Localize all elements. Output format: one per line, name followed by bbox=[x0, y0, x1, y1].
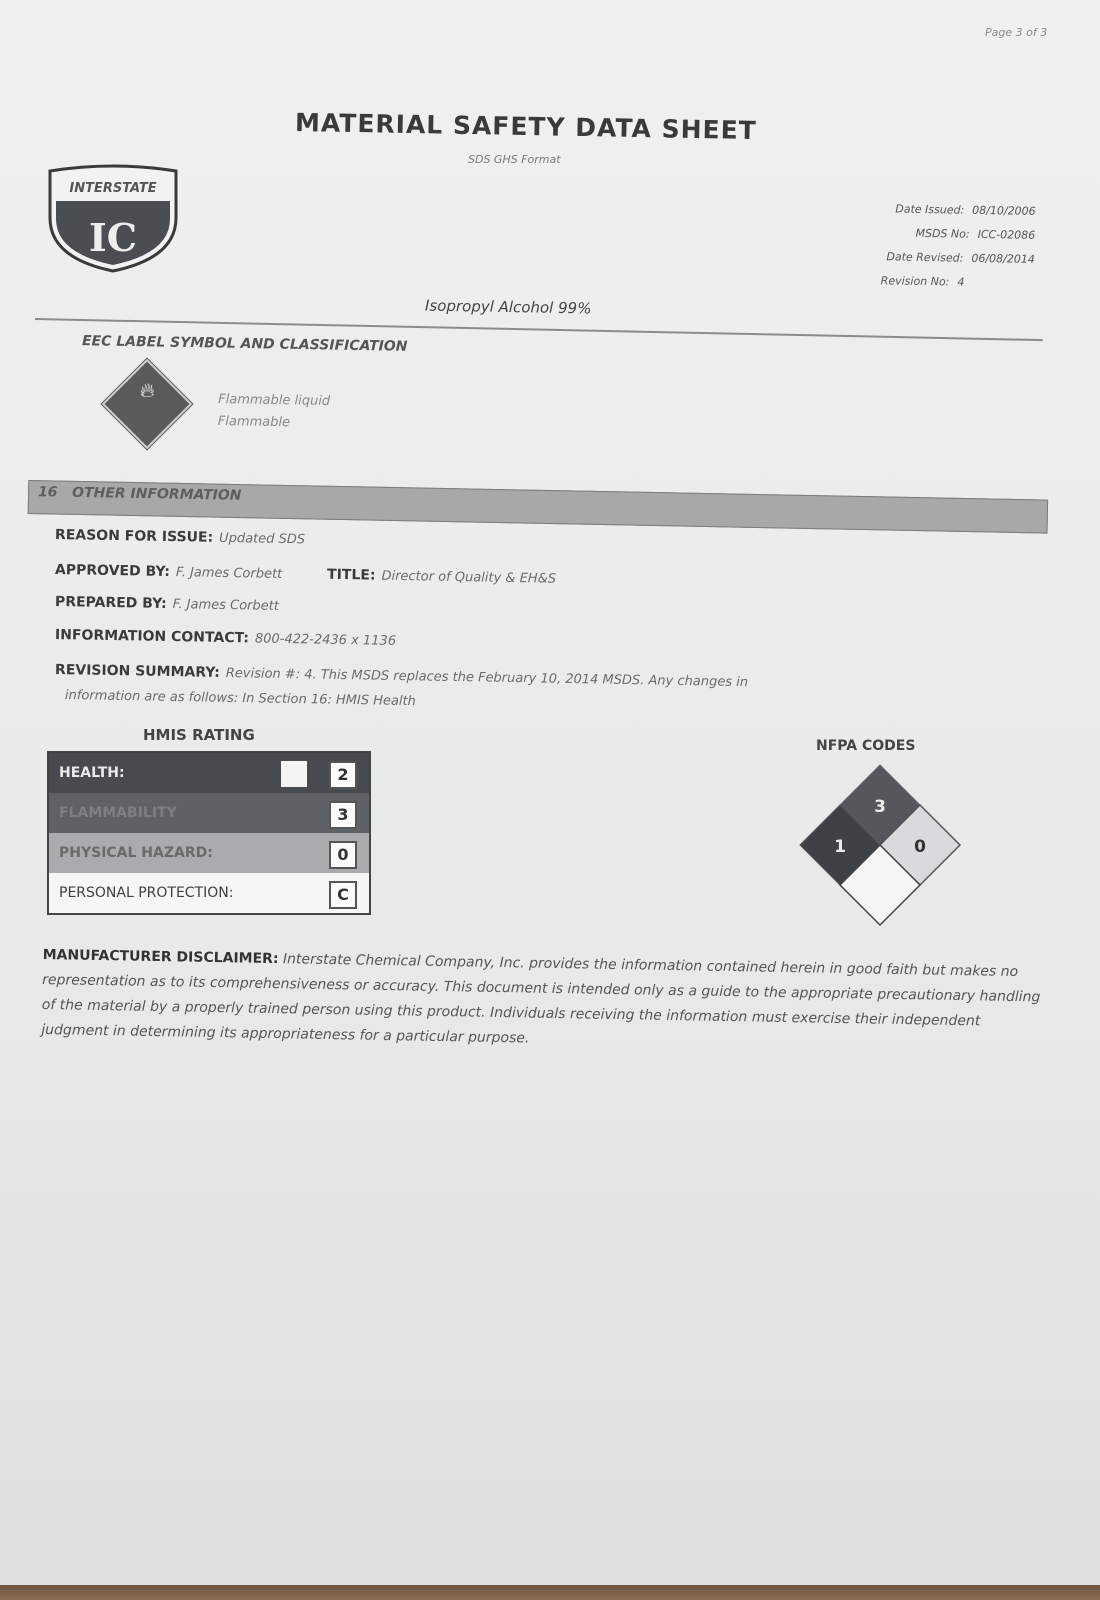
manufacturer-disclaimer: MANUFACTURER DISCLAIMER: Interstate Chem… bbox=[41, 943, 1053, 1061]
hmis-row-personal-protection: PERSONAL PROTECTION: C bbox=[49, 873, 369, 913]
hmis-title: HMIS RATING bbox=[143, 726, 255, 744]
revision-summary: REVISION SUMMARY:Revision #: 4. This MSD… bbox=[55, 662, 748, 690]
prepared-by: PREPARED BY:F. James Corbett bbox=[55, 594, 279, 614]
flammable-hazard-symbol bbox=[102, 359, 193, 450]
flame-icon: 🔥︎ bbox=[140, 378, 155, 402]
hazard-classification: Flammable liquid Flammable bbox=[218, 389, 331, 435]
hmis-value-health: 2 bbox=[329, 761, 357, 789]
svg-text:IC: IC bbox=[89, 215, 137, 260]
product-name: Isopropyl Alcohol 99% bbox=[425, 297, 592, 318]
hmis-row-health: HEALTH: 2 bbox=[49, 753, 369, 793]
nfpa-diamond-icon: 3 1 0 bbox=[790, 760, 970, 940]
svg-text:1: 1 bbox=[834, 837, 846, 857]
company-logo-icon: INTERSTATE IC bbox=[42, 163, 184, 275]
svg-text:0: 0 bbox=[914, 837, 926, 857]
hmis-value-flammability: 3 bbox=[329, 801, 357, 829]
revision-summary-cont: information are as follows: In Section 1… bbox=[65, 687, 416, 709]
document-title: MATERIAL SAFETY DATA SHEET bbox=[295, 108, 757, 145]
approved-by: APPROVED BY:F. James Corbett TITLE:Direc… bbox=[55, 562, 556, 587]
eec-heading: EEC LABEL SYMBOL AND CLASSIFICATION bbox=[82, 333, 408, 355]
reason-for-issue: REASON FOR ISSUE:Updated SDS bbox=[55, 527, 305, 547]
meta-revision-no: Revision No:4 bbox=[819, 268, 1034, 296]
hmis-row-physical-hazard: PHYSICAL HAZARD: 0 bbox=[49, 833, 369, 873]
hmis-value-physical-hazard: 0 bbox=[329, 841, 357, 869]
document-page: Page 3 of 3 MATERIAL SAFETY DATA SHEET S… bbox=[0, 0, 1100, 1585]
hmis-row-flammability: FLAMMABILITY 3 bbox=[49, 793, 369, 833]
document-subtitle: SDS GHS Format bbox=[468, 153, 561, 166]
hmis-value-personal-protection: C bbox=[329, 881, 357, 909]
svg-text:INTERSTATE: INTERSTATE bbox=[69, 181, 156, 196]
hmis-rating-table: HEALTH: 2 FLAMMABILITY 3 PHYSICAL HAZARD… bbox=[47, 751, 371, 915]
nfpa-title: NFPA CODES bbox=[816, 738, 915, 754]
svg-text:3: 3 bbox=[874, 797, 886, 817]
information-contact: INFORMATION CONTACT:800-422-2436 x 1136 bbox=[55, 627, 396, 649]
document-meta: Date Issued:08/10/2006 MSDS No:ICC-02086… bbox=[819, 196, 1036, 296]
health-chronic-box bbox=[281, 761, 307, 787]
page-indicator: Page 3 of 3 bbox=[985, 26, 1047, 39]
tabletop-background bbox=[0, 1585, 1100, 1600]
